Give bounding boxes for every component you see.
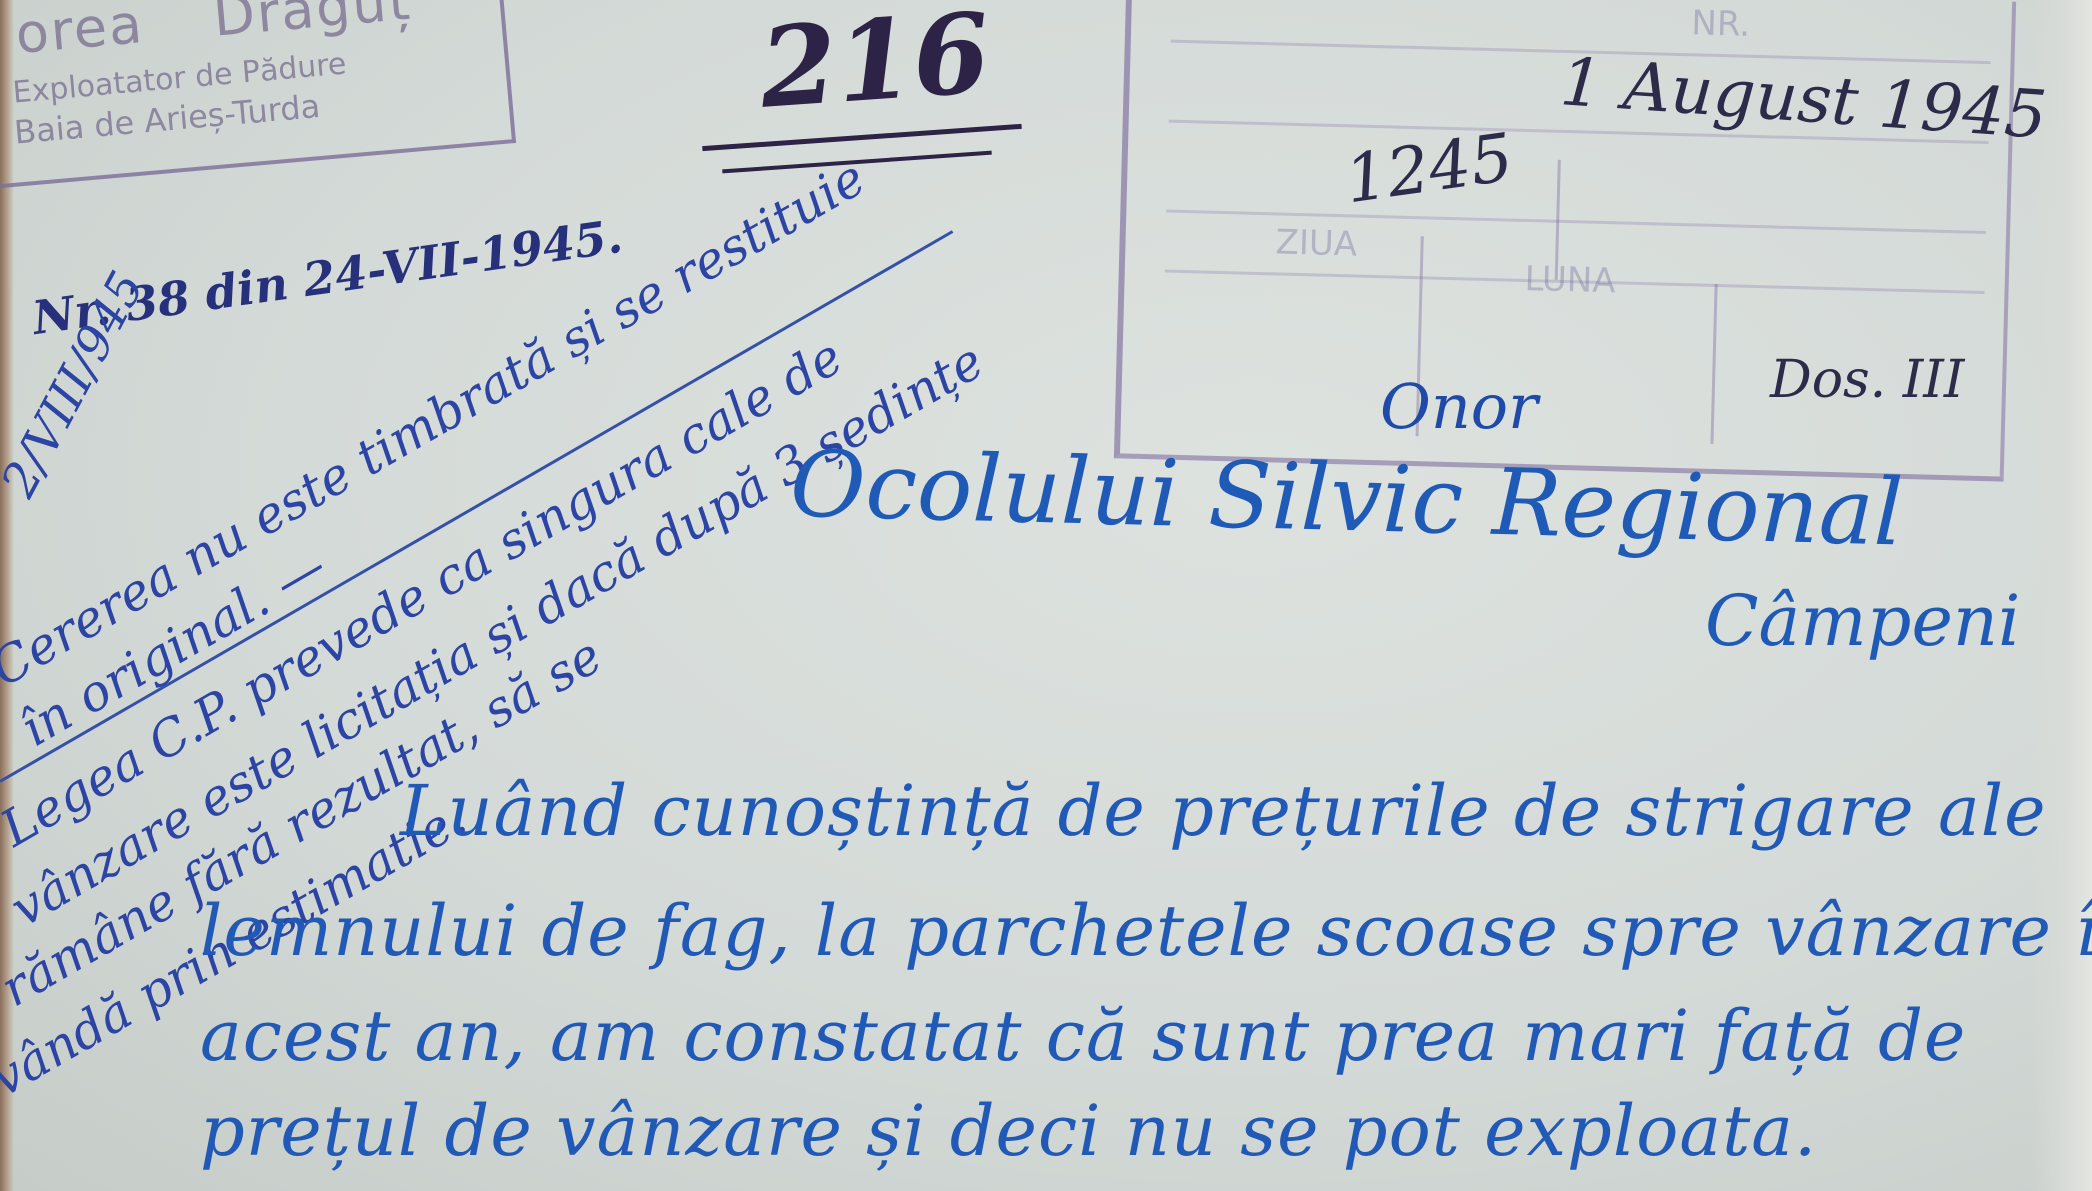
body-line: acest an, am constatat că sunt prea mari…	[200, 995, 1966, 1077]
page-right-edge	[2032, 0, 2092, 1191]
registry-divider	[1710, 284, 1717, 444]
body-line: Luând cunoștință de prețurile de strigar…	[400, 770, 2047, 852]
registry-label: NR.	[1691, 3, 1751, 45]
sender-stamp: oreaDrăguț Exploatator de Pădure Baia de…	[0, 0, 516, 188]
registry-label: LUNA	[1524, 259, 1616, 301]
registry-label: ZIUA	[1275, 222, 1357, 264]
body-line: prețul de vânzare și deci nu se pot expl…	[200, 1090, 1817, 1172]
stamp-name-last: Drăguț	[211, 0, 414, 49]
dossier-number: Dos. III	[1770, 350, 1964, 410]
stamp-name: oreaDrăguț	[13, 0, 414, 66]
body-line: lemnului de fag, la parchetele scoase sp…	[200, 890, 2092, 972]
stamp-name-first: orea	[13, 0, 146, 66]
salutation: Onor	[1380, 370, 1538, 443]
addressee-city: Câmpeni	[1705, 580, 2020, 662]
document-page: oreaDrăguț Exploatator de Pădure Baia de…	[0, 0, 2092, 1191]
registration-number: 216	[756, 0, 994, 133]
registration-underline	[702, 124, 1022, 151]
